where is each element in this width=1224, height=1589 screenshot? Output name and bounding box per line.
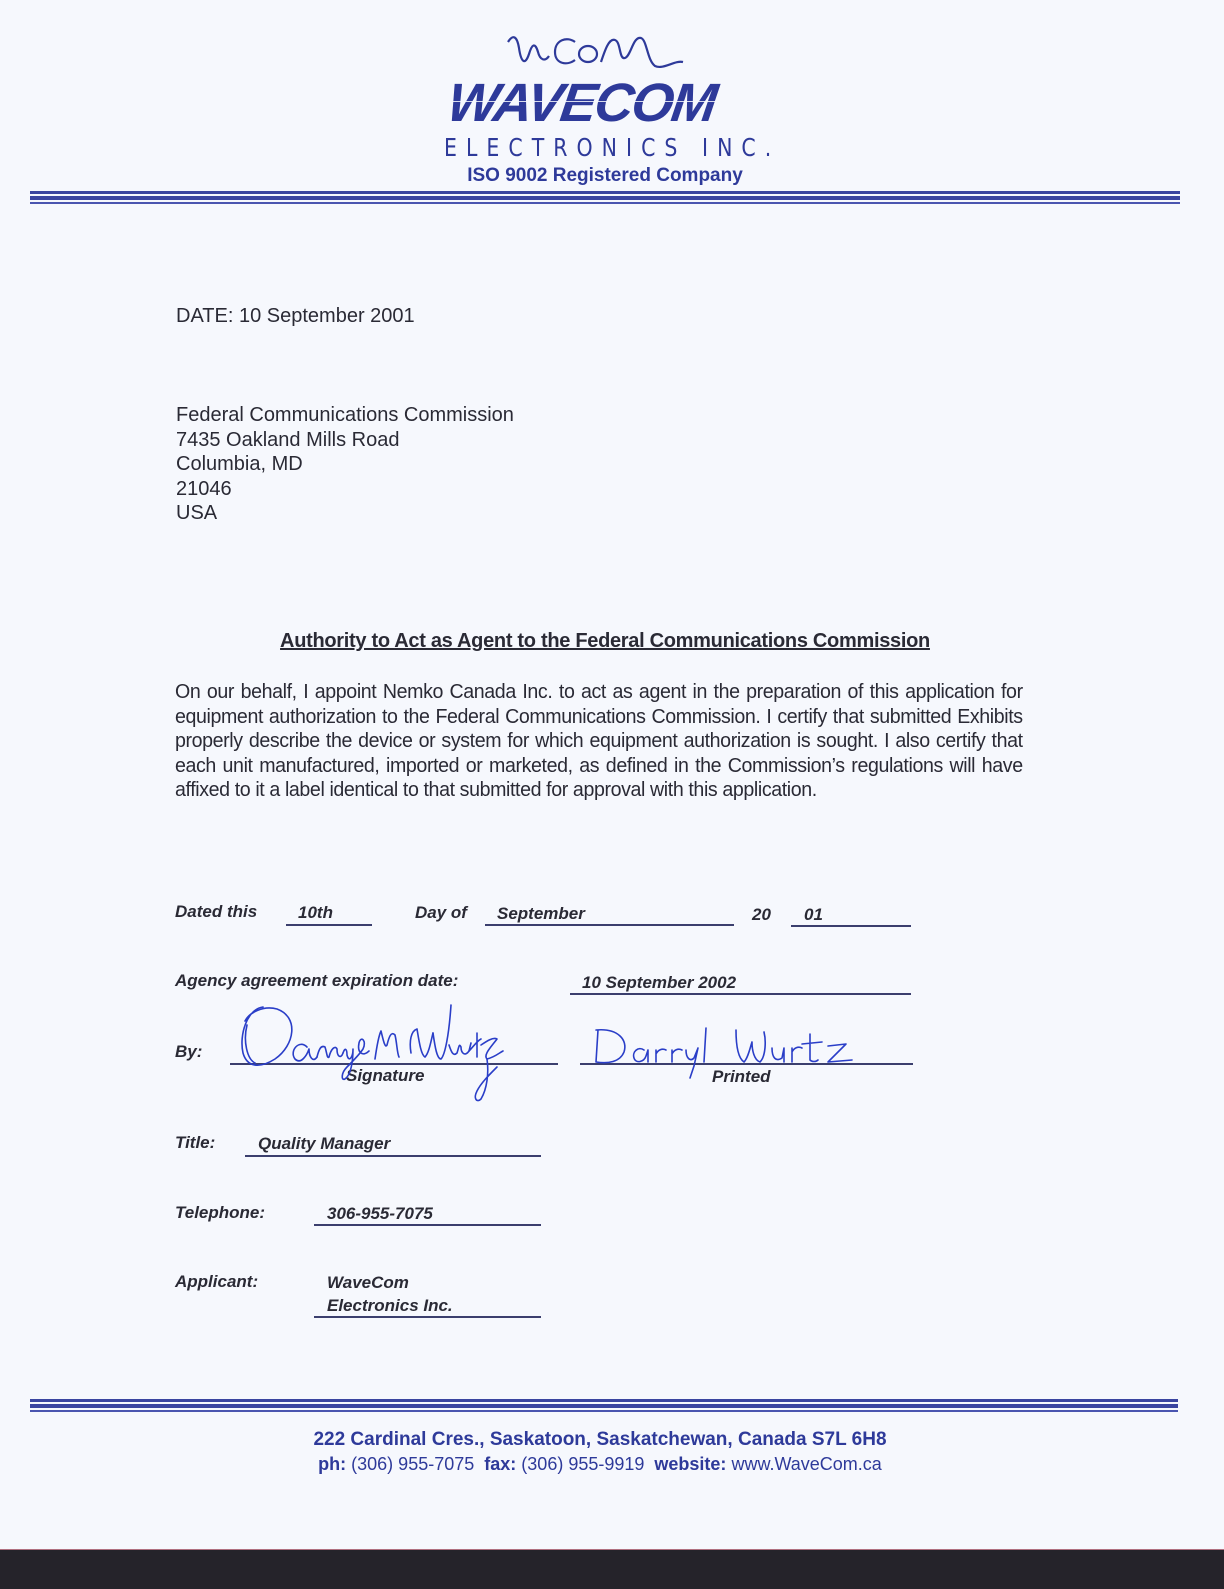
- fax-value: (306) 955-9919: [521, 1454, 644, 1474]
- title-value: Quality Manager: [258, 1134, 390, 1154]
- recipient-address: Federal Communications Commission 7435 O…: [176, 403, 514, 526]
- company-wordmark: WAVECOM: [444, 76, 772, 130]
- scanner-edge-band: [0, 1549, 1224, 1589]
- dated-this-label: Dated this: [175, 902, 257, 922]
- handwritten-printed-name: [590, 1020, 870, 1080]
- header-divider: [30, 191, 1180, 204]
- century-label: 20: [752, 905, 771, 925]
- website-label: website:: [654, 1454, 726, 1474]
- handwritten-signature: [225, 995, 570, 1105]
- address-line: Columbia, MD: [176, 452, 514, 477]
- applicant-label: Applicant:: [175, 1272, 258, 1292]
- day-of-label: Day of: [415, 903, 467, 923]
- footer-divider: [30, 1399, 1178, 1412]
- address-line: Federal Communications Commission: [176, 403, 514, 428]
- address-line: 7435 Oakland Mills Road: [176, 428, 514, 453]
- telephone-label: Telephone:: [175, 1203, 265, 1223]
- day-of-value: September: [497, 904, 585, 924]
- iso-tagline: ISO 9002 Registered Company: [450, 165, 760, 187]
- address-line: USA: [176, 501, 514, 526]
- applicant-underline: [314, 1316, 541, 1318]
- phone-label: ph:: [318, 1454, 346, 1474]
- company-subtitle: ELECTRONICS INC.: [444, 134, 715, 162]
- website-link[interactable]: www.WaveCom.ca: [731, 1454, 881, 1474]
- footer-contact: ph: (306) 955-7075 fax: (306) 955-9919 w…: [0, 1453, 1200, 1475]
- letter-date: DATE: 10 September 2001: [176, 304, 415, 329]
- applicant-line2: Electronics Inc.: [327, 1296, 453, 1316]
- dated-this-underline: [286, 924, 372, 926]
- expiration-label: Agency agreement expiration date:: [175, 971, 458, 991]
- wordmark-swoosh: [448, 101, 766, 102]
- dated-this-value: 10th: [298, 903, 333, 923]
- day-of-underline: [485, 924, 734, 926]
- phone-value: (306) 955-7075: [351, 1454, 474, 1474]
- address-line: 21046: [176, 477, 514, 502]
- year-underline: [791, 925, 911, 927]
- telephone-underline: [314, 1224, 541, 1226]
- title-underline: [245, 1155, 541, 1157]
- wavecom-wave-logo-icon: [505, 30, 690, 76]
- letter-heading: Authority to Act as Agent to the Federal…: [160, 630, 1050, 653]
- year-value: 01: [804, 905, 823, 925]
- by-label: By:: [175, 1042, 202, 1062]
- footer-address: 222 Cardinal Cres., Saskatoon, Saskatche…: [0, 1428, 1200, 1452]
- letter-body: On our behalf, I appoint Nemko Canada In…: [175, 680, 1023, 803]
- applicant-line1: WaveCom: [327, 1273, 409, 1293]
- fax-label: fax:: [484, 1454, 516, 1474]
- expiration-underline: [570, 993, 911, 995]
- expiration-value: 10 September 2002: [582, 973, 736, 993]
- telephone-value: 306-955-7075: [327, 1204, 433, 1224]
- title-label: Title:: [175, 1133, 215, 1153]
